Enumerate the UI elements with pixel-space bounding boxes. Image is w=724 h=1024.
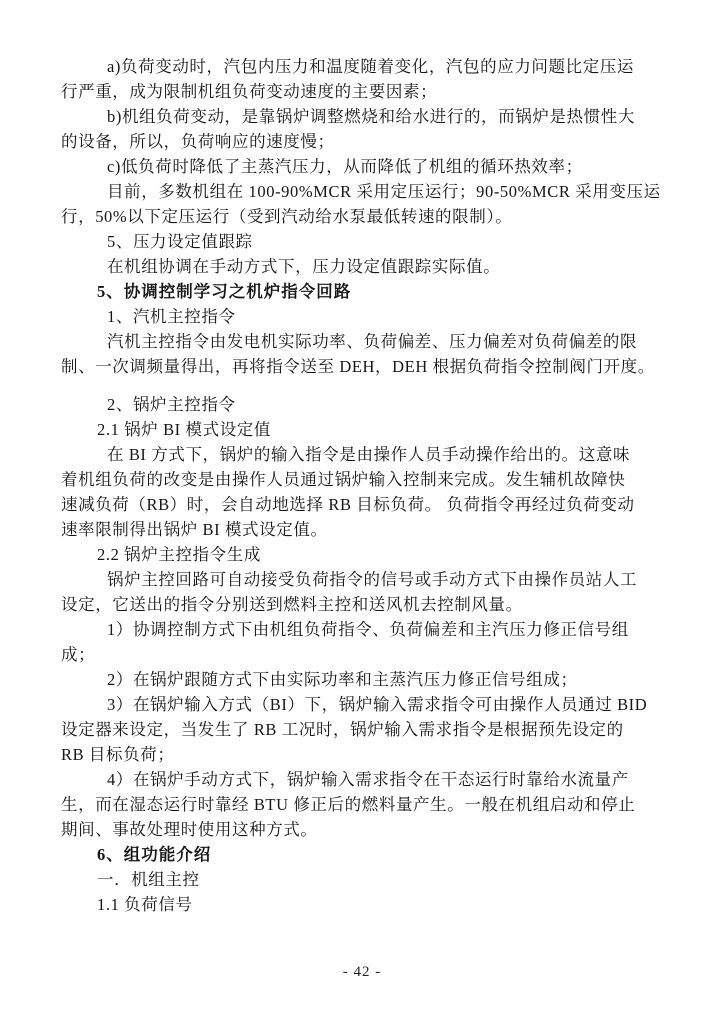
text-line: 3）在锅炉输入方式（BI）下，锅炉输入需求指令可由操作人员通过 BID bbox=[61, 692, 669, 717]
text-line: 行，50%以下定压运行（受到汽动给水泵最低转速的限制）。 bbox=[61, 204, 669, 229]
text-line: b)机组负荷变动，是靠锅炉调整燃烧和给水进行的，而锅炉是热惯性大 bbox=[61, 104, 669, 129]
text-line: 行严重，成为限制机组负荷变动速度的主要因素； bbox=[61, 79, 669, 104]
text-line: 一．机组主控 bbox=[61, 867, 669, 892]
text-line: 生，而在湿态运行时靠经 BTU 修正后的燃料量产生。一般在机组启动和停止 bbox=[61, 792, 669, 817]
document-page: a)负荷变动时，汽包内压力和温度随着变化，汽包的应力问题比定压运行严重，成为限制… bbox=[0, 0, 724, 1024]
text-line: 锅炉主控回路可自动接受负荷指令的信号或手动方式下由操作员站人工 bbox=[61, 567, 669, 592]
text-line: 4）在锅炉手动方式下，锅炉输入需求指令在干态运行时靠给水流量产 bbox=[61, 767, 669, 792]
text-line: 1）协调控制方式下由机组负荷指令、负荷偏差和主汽压力修正信号组 bbox=[61, 617, 669, 642]
text-line: 2.1 锅炉 BI 模式设定值 bbox=[61, 417, 669, 442]
text-line: 1.1 负荷信号 bbox=[61, 892, 669, 917]
text-line: 期间、事故处理时使用这种方式。 bbox=[61, 817, 669, 842]
text-line: 5、压力设定值跟踪 bbox=[61, 229, 669, 254]
text-line: RB 目标负荷； bbox=[61, 742, 669, 767]
blank-line bbox=[61, 379, 669, 392]
page-number: - 42 - bbox=[0, 964, 724, 981]
text-line: 着机组负荷的改变是由操作人员通过锅炉输入控制来完成。发生辅机故障快 bbox=[61, 467, 669, 492]
text-line: 设定，它送出的指令分别送到燃料主控和送风机去控制风量。 bbox=[61, 592, 669, 617]
text-line: 在机组协调在手动方式下，压力设定值跟踪实际值。 bbox=[61, 254, 669, 279]
text-line: 在 BI 方式下，锅炉的输入指令是由操作人员手动操作给出的。这意味 bbox=[61, 442, 669, 467]
text-line: 2）在锅炉跟随方式下由实际功率和主蒸汽压力修正信号组成； bbox=[61, 667, 669, 692]
text-line: 速减负荷（RB）时，会自动地选择 RB 目标负荷。 负荷指令再经过负荷变动 bbox=[61, 492, 669, 517]
text-line: 成； bbox=[61, 642, 669, 667]
text-line: 制、一次调频量得出，再将指令送至 DEH，DEH 根据负荷指令控制阀门开度。 bbox=[61, 354, 669, 379]
text-line: 速率限制得出锅炉 BI 模式设定值。 bbox=[61, 517, 669, 542]
text-line: 2.2 锅炉主控指令生成 bbox=[61, 542, 669, 567]
document-body: a)负荷变动时，汽包内压力和温度随着变化，汽包的应力问题比定压运行严重，成为限制… bbox=[61, 54, 669, 917]
heading-line: 5、协调控制学习之机炉指令回路 bbox=[61, 279, 669, 304]
text-line: 目前，多数机组在 100-90%MCR 采用定压运行；90-50%MCR 采用变… bbox=[61, 179, 669, 204]
text-line: 的设备，所以，负荷响应的速度慢； bbox=[61, 129, 669, 154]
text-line: 1、汽机主控指令 bbox=[61, 304, 669, 329]
text-line: 设定器来设定，当发生了 RB 工况时，锅炉输入需求指令是根据预先设定的 bbox=[61, 717, 669, 742]
heading-line: 6、组功能介绍 bbox=[61, 842, 669, 867]
text-line: 2、锅炉主控指令 bbox=[61, 392, 669, 417]
text-line: c)低负荷时降低了主蒸汽压力，从而降低了机组的循环热效率； bbox=[61, 154, 669, 179]
text-line: a)负荷变动时，汽包内压力和温度随着变化，汽包的应力问题比定压运 bbox=[61, 54, 669, 79]
text-line: 汽机主控指令由发电机实际功率、负荷偏差、压力偏差对负荷偏差的限 bbox=[61, 329, 669, 354]
